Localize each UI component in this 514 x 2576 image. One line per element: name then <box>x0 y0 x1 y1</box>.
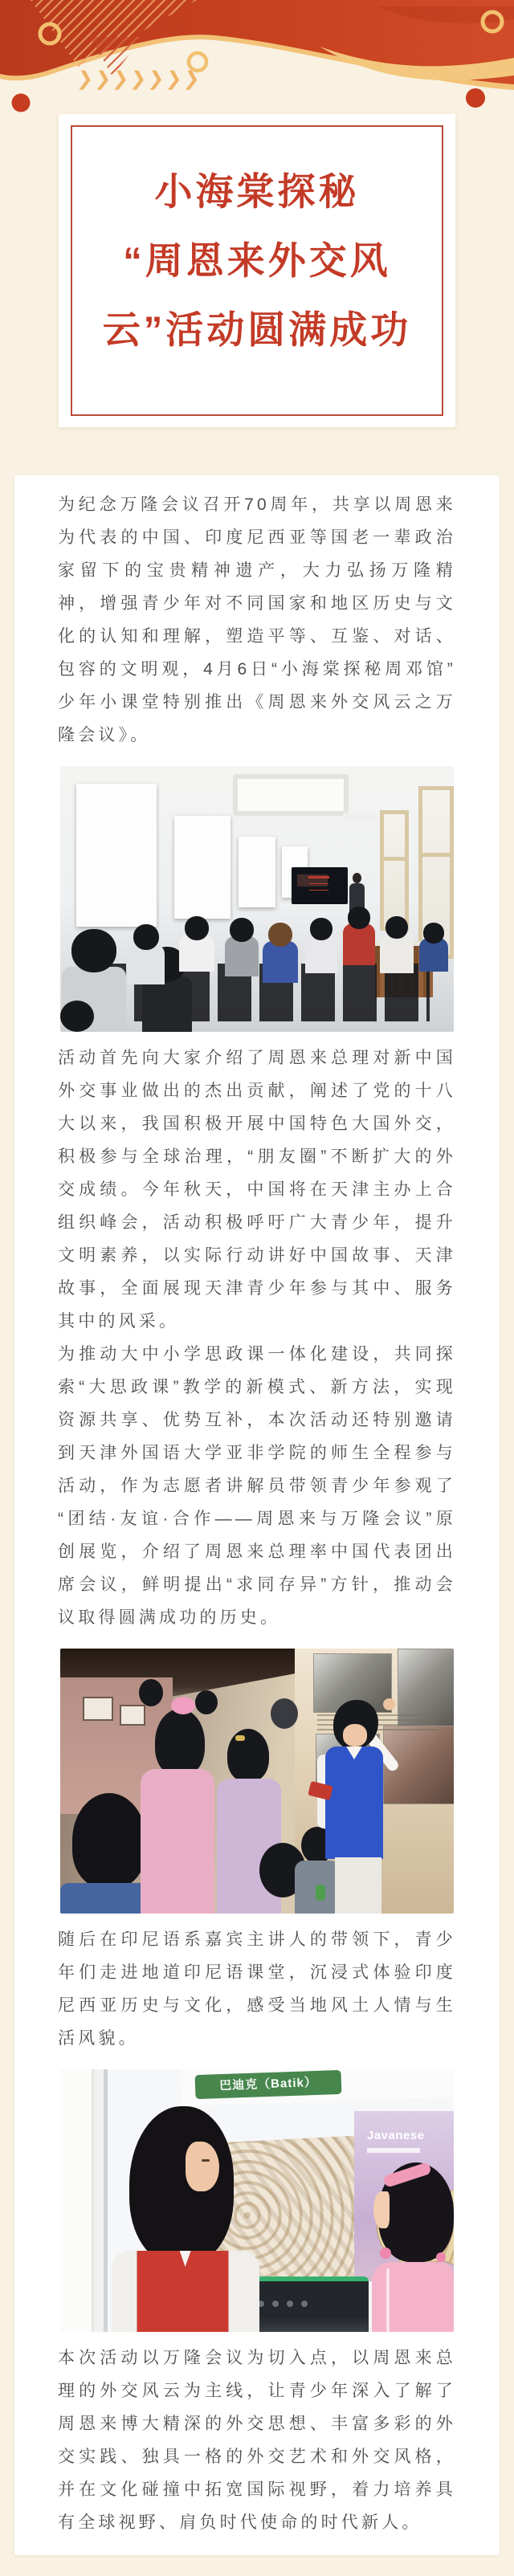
pink-bow <box>171 1697 195 1714</box>
slide-text: ”衫是由这种工艺制成，被称为“ <box>203 2121 324 2125</box>
paragraph-lecture: 活动首先向大家介绍了周恩来总理对新中国外交事业做出的杰出贡献，阐述了党的十八大以… <box>58 1041 456 1338</box>
audience-figure <box>179 935 214 972</box>
small-exhibit-frame <box>83 1697 113 1721</box>
header-banner: ❯❯❯❯❯❯❯ <box>0 0 514 128</box>
child-head <box>139 1679 163 1706</box>
girl-head <box>155 1709 205 1776</box>
audience-figure <box>380 933 414 973</box>
water-bottle <box>316 1885 325 1901</box>
girl-head <box>227 1729 269 1782</box>
girl-jacket-pink <box>141 1769 214 1914</box>
slide-text-highlight: 国宝级工艺 <box>218 2105 263 2107</box>
audience-figure <box>128 944 165 984</box>
photo-exhibition-tour[interactable] <box>60 1649 454 1914</box>
slide-title-label: 巴迪克（Batik） <box>195 2070 342 2099</box>
audience-figure-blue-vest <box>263 941 298 983</box>
volunteer-pants <box>335 1857 381 1914</box>
teacher-hair <box>129 2106 234 2264</box>
teacher-face <box>186 2142 219 2191</box>
page-title-line-3: 云”活动圆满成功 <box>72 296 442 365</box>
volunteer-hand <box>383 1698 395 1710</box>
photo-batik-class[interactable]: 巴迪克（Batik） 巴迪克蜡染是印尼的国宝级工艺，通过手工绘制和蜡染技 服装“… <box>60 2069 454 2332</box>
audience-figure <box>225 936 259 976</box>
portrait-frame <box>76 784 157 927</box>
dot-icon <box>466 88 485 108</box>
hair-tie <box>380 2248 391 2259</box>
paragraph-exhibition: 为推动大中小学思政课一体化建设，共同探索“大思政课”教学的新模式、新方法，实现资… <box>58 1338 456 1634</box>
audience-figure <box>142 976 192 1032</box>
ceiling-light <box>233 774 349 816</box>
screen-bezel <box>104 2069 108 2332</box>
article-card: 为纪念万隆会议召开70周年，共享以周恩来为代表的中国、印度尼西亚等国老一辈政治家… <box>14 475 500 2555</box>
slide-panel-subline <box>367 2148 420 2153</box>
presentation-screen <box>292 867 348 904</box>
title-card: 小海棠探秘 “周恩来外交风 云”活动圆满成功 <box>59 114 455 427</box>
header-wave-graphic <box>0 0 514 128</box>
page: { "page": { "background": "#f9f1e2" }, "… <box>0 0 514 2576</box>
paragraph-intro: 为纪念万隆会议召开70周年，共享以周恩来为代表的中国、印度尼西亚等国老一辈政治家… <box>58 488 456 752</box>
teacher-red-vest <box>112 2251 259 2332</box>
hair-tie <box>436 2252 446 2262</box>
title-border: 小海棠探秘 “周恩来外交风 云”活动圆满成功 <box>71 125 443 416</box>
wall-strip <box>60 2069 104 2332</box>
page-title-line-2: “周恩来外交风 <box>72 226 442 296</box>
girl-face <box>373 2191 390 2228</box>
chevrons-right-icon: ❯❯❯❯❯❯❯ <box>75 67 202 91</box>
volunteer-blue-vest <box>325 1747 383 1859</box>
portrait-frame <box>239 837 275 907</box>
portrait-frame <box>174 816 230 919</box>
ceiling-light-small <box>343 813 377 822</box>
boy-head <box>72 1793 146 1888</box>
audience-figure <box>305 935 337 973</box>
page-title: 小海棠探秘 “周恩来外交风 云”活动圆满成功 <box>72 157 442 365</box>
paragraph-conclusion: 本次活动以万隆会议为切入点，以周恩来总理的外交风云为主线，让青少年深入了解了周恩… <box>58 2342 456 2539</box>
small-exhibit-frame <box>120 1705 145 1726</box>
dot-icon <box>12 94 31 112</box>
slide-text: 巴迪克蜡染是印尼的 <box>218 2105 297 2107</box>
slide-panel-label: Javanese <box>367 2129 425 2142</box>
child-head <box>195 1690 218 1714</box>
girl-pink-jacket <box>372 2262 454 2332</box>
page-title-line-1: 小海棠探秘 <box>72 157 442 226</box>
adult-head <box>271 1698 298 1729</box>
paragraph-indonesian-class: 随后在印尼语系嘉宾主讲人的带领下，青少年们走进地道印尼语课堂，沉浸式体验印度尼西… <box>58 1923 456 2055</box>
audience-figure-red-jacket <box>343 923 375 965</box>
volunteer-face <box>343 1724 367 1747</box>
audience-head <box>60 1001 94 1032</box>
window <box>380 810 409 931</box>
hair-clip <box>235 1735 245 1741</box>
photo-classroom-lecture[interactable] <box>60 766 454 1032</box>
audience-figure <box>419 938 448 972</box>
